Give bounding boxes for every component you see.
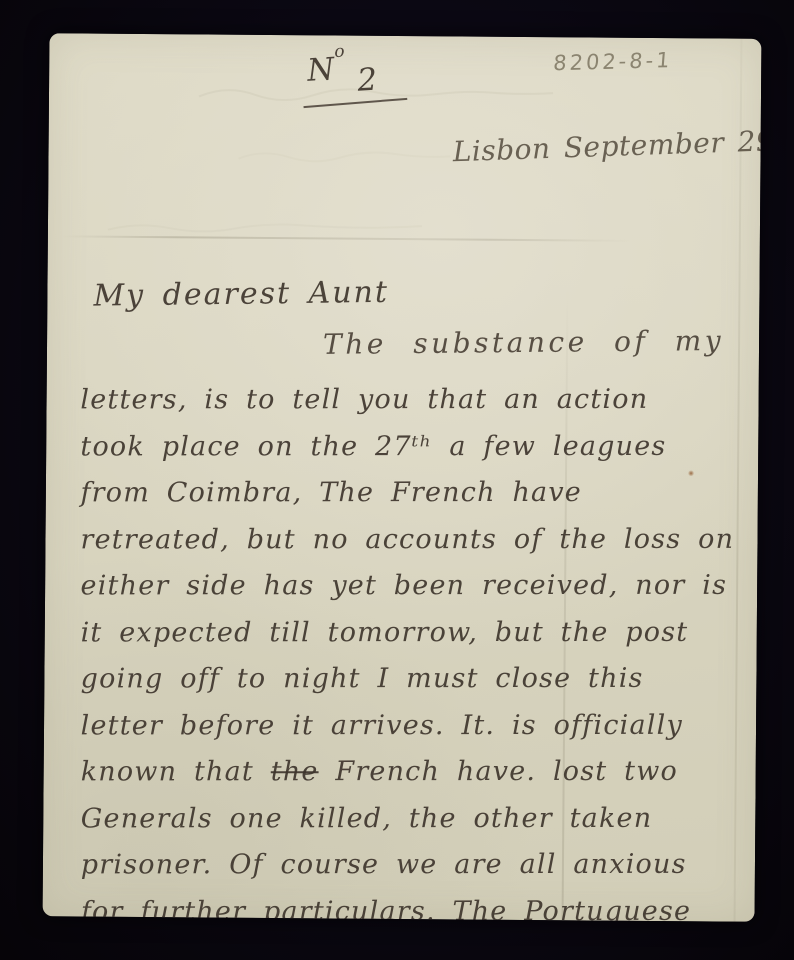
body-line-with-strikethrough: known that the French have. lost two [81, 749, 751, 796]
body-line: prisoner. Of course we are all anxious [81, 842, 751, 889]
letter-paper: No2 8202-8-1 Lisbon September 29th·1810 … [43, 33, 762, 922]
struck-word: the [271, 756, 319, 787]
body-line: letter before it arrives. It. is officia… [81, 702, 751, 749]
body-line: either side has yet been received, nor i… [81, 563, 751, 610]
archival-reference: 8202-8-1 [552, 48, 673, 75]
body-text: French have. lost two [319, 756, 678, 787]
body-text: known that [81, 756, 271, 787]
body-line: for further particulars. The Portuguese [81, 888, 751, 921]
body-line: from Coimbra, The French have [80, 470, 750, 517]
body-line: going off to night I must close this [81, 656, 751, 703]
document-number-superscript: o [334, 41, 346, 62]
body-line: letters, is to tell you that an action [80, 377, 750, 424]
photo-background: No2 8202-8-1 Lisbon September 29th·1810 … [0, 0, 794, 960]
document-number-value: 2 [356, 62, 379, 99]
salutation: My dearest Aunt [93, 275, 389, 314]
document-number: No2 [306, 46, 412, 88]
body-line: took place on the 27ᵗʰ a few leagues [80, 423, 750, 470]
opening-line: The substance of my [323, 324, 724, 361]
letter-body: letters, is to tell you that an action t… [80, 377, 750, 922]
body-line: Generals one killed, the other taken [81, 795, 751, 842]
body-line: it expected till tomorrow, but the post [81, 609, 751, 656]
document-number-label: N [306, 51, 336, 89]
body-line: retreated, but no accounts of the loss o… [80, 516, 750, 563]
